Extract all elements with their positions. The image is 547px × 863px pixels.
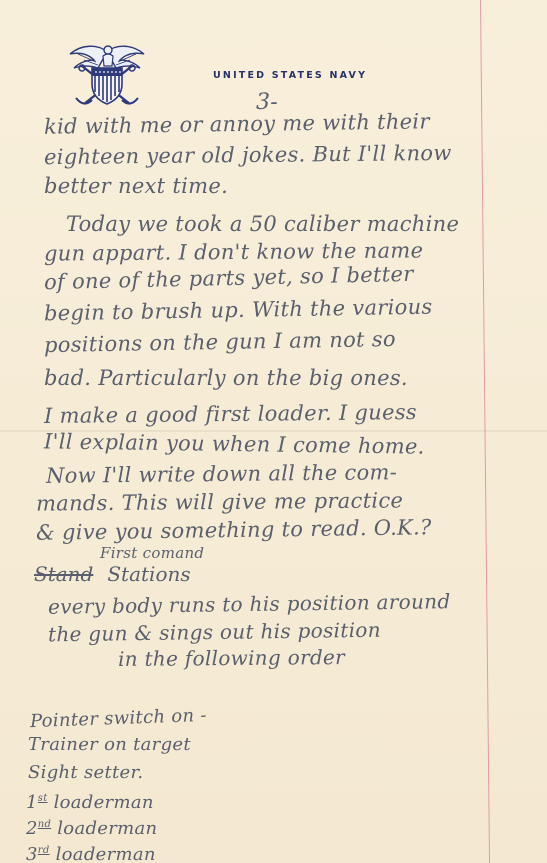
body-line: Today we took a 50 caliber machine [66, 212, 459, 236]
body-line: I make a good first loader. I guess [44, 400, 417, 428]
position-item: Trainer on target [28, 734, 191, 755]
instruction-line: in the following order [118, 645, 345, 671]
position-label: Sight setter. [28, 762, 143, 783]
letterhead-title: UNITED STATES NAVY [213, 70, 367, 81]
position-ordinal: 3 [26, 844, 38, 863]
struck-word: Stand [34, 562, 93, 586]
body-line: better next time. [44, 174, 228, 198]
letter-page: UNITED STATES NAVY 3- kid with me or ann… [0, 0, 547, 863]
position-label: Pointer switch on - [30, 705, 207, 732]
position-ordinal: 1 [26, 792, 38, 813]
body-line: Now I'll write down all the com- [46, 460, 397, 488]
position-item: Sight setter. [28, 762, 143, 783]
body-line: of one of the parts yet, so I better [44, 262, 414, 294]
body-line: mands. This will give me practice [36, 488, 403, 515]
inserted-text: First comand [100, 544, 204, 562]
body-line: & give you something to read. O.K.? [36, 515, 432, 545]
ordinal-suffix: st [38, 793, 48, 804]
body-line: gun appart. I don't know the name [44, 238, 423, 265]
body-line: I'll explain you when I come home. [44, 429, 425, 458]
body-line: bad. Particularly on the big ones. [44, 366, 408, 390]
body-line: positions on the gun I am not so [44, 327, 396, 357]
position-label: loaderman [56, 844, 156, 863]
body-line: eighteen year old jokes. But I'll know [44, 141, 452, 169]
position-item: Pointer switch on - [30, 705, 207, 732]
body-line: kid with me or annoy me with their [44, 109, 430, 138]
ordinal-suffix: rd [38, 845, 50, 856]
position-item: 1st loaderman [26, 792, 154, 813]
stations-heading: Stand Stations [34, 562, 191, 586]
position-label: loaderman [57, 818, 157, 839]
stations-word: Stations [107, 562, 190, 586]
position-ordinal: 2 [26, 818, 38, 839]
position-item: 2nd loaderman [26, 818, 157, 839]
position-item: 3rd loaderman [26, 844, 156, 863]
ordinal-suffix: nd [38, 819, 51, 830]
instruction-line: every body runs to his position around [48, 589, 451, 619]
body-line: begin to brush up. With the various [44, 295, 433, 326]
instruction-line: the gun & sings out his position [48, 618, 381, 647]
navy-emblem-icon [68, 38, 146, 110]
position-label: Trainer on target [28, 734, 191, 755]
position-label: loaderman [54, 792, 154, 813]
